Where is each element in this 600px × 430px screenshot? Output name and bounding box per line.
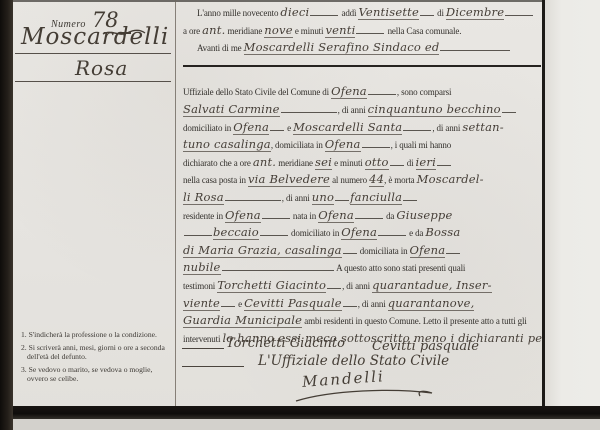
handwritten-entry: dieci — [280, 5, 309, 19]
handwritten-entry: li Rosa — [183, 190, 224, 205]
form-line: viente e Cevitti Pasquale, di anni quara… — [183, 294, 543, 312]
form-line: tuno casalinga, domiciliata in Ofena, i … — [183, 135, 543, 153]
printed-text: e minuti — [332, 158, 365, 168]
handwritten-entry: venti — [325, 23, 355, 38]
blank-rule — [343, 251, 357, 254]
adjacent-page-strip — [545, 0, 600, 407]
printed-text: , di anni — [282, 193, 312, 203]
printed-text: al numero — [330, 175, 369, 185]
printed-text: , di anni — [358, 299, 388, 309]
printed-text: e da — [407, 228, 425, 238]
section-divider — [183, 65, 543, 83]
handwritten-entry: Ofena — [341, 225, 377, 240]
footnote-item: 3. Se vedovo o marito, se vedova o mogli… — [21, 365, 173, 384]
printed-text: da — [384, 211, 396, 221]
handwritten-entry: Ofena — [325, 137, 361, 152]
blank-rule — [356, 31, 384, 34]
blank-rule — [184, 233, 212, 236]
handwritten-entry: beccaio — [213, 225, 259, 240]
page-edge-left — [0, 0, 13, 430]
margin-divider — [175, 0, 176, 406]
handwritten-entry: quarantadue, Inser- — [372, 278, 492, 293]
blank-rule — [327, 286, 341, 289]
handwritten-entry: ant. — [253, 155, 276, 169]
handwritten-entry: Torchetti Giacinto — [217, 278, 326, 293]
handwritten-entry: Bossa — [425, 225, 460, 239]
handwritten-entry: Moscardelli Serafino Sindaco ed — [244, 40, 440, 55]
blank-rule — [310, 13, 338, 16]
printed-text: A questo atto sono stati presenti quali — [335, 263, 466, 273]
printed-text: domiciliato in — [289, 228, 341, 238]
form-line: nubile A questo atto sono stati presenti… — [183, 258, 543, 276]
printed-text: e — [236, 299, 244, 309]
handwritten-entry: otto — [365, 155, 389, 170]
document-scan: Numero78 Moscardelli Rosa 1. S'indicherà… — [0, 0, 600, 430]
printed-text: ambi residenti in questo Comune. Letto i… — [302, 316, 527, 326]
blank-rule — [420, 13, 434, 16]
page-edge-bottom — [13, 406, 600, 419]
handwritten-entry: nubile — [183, 260, 221, 275]
handwritten-entry: quarantanove, — [388, 296, 475, 311]
printed-text: domiciliato in — [183, 123, 233, 133]
form-line: testimoni Torchetti Giacinto, di anni qu… — [183, 276, 543, 294]
printed-text: meridiane — [225, 26, 264, 36]
printed-text: , di anni — [432, 123, 462, 133]
blank-rule — [446, 251, 460, 254]
handwritten-entry: viente — [183, 296, 220, 311]
form-line: nella casa posta in via Belvedere al num… — [183, 170, 543, 188]
blank-rule — [437, 163, 451, 166]
handwritten-entry: tuno casalinga — [183, 137, 271, 152]
form-line: di Maria Grazia, casalinga domiciliata i… — [183, 241, 543, 259]
blank-rule — [505, 13, 533, 16]
blank-rule — [225, 198, 281, 201]
handwritten-entry: via Belvedere — [248, 172, 330, 187]
handwritten-entry: Ofena — [225, 208, 261, 223]
printed-text: , domiciliata in — [271, 140, 325, 150]
handwritten-entry: cinquantuno becchino — [368, 102, 501, 117]
printed-text: nella Casa comunale. — [385, 26, 461, 36]
handwritten-entry: Cevitti Pasquale — [244, 296, 342, 311]
witness-signature-2: Cevitti pasquale — [372, 339, 479, 354]
blank-rule — [260, 233, 288, 236]
handwritten-entry: Guardia Municipale — [183, 313, 302, 328]
signature-rule — [182, 366, 244, 367]
official-title-signature: L'Uffiziale dello Stato Civile — [258, 353, 449, 369]
blank-rule — [390, 163, 404, 166]
printed-text: , di anni — [342, 281, 372, 291]
form-line: dichiarato che a ore ant. meridiane sei … — [183, 153, 543, 171]
act-body: L'anno mille novecento dieci addì Ventis… — [180, 0, 543, 406]
handwritten-entry: ant. — [202, 23, 225, 37]
printed-text: nata in — [291, 211, 318, 221]
handwritten-entry: Ofena — [410, 243, 446, 258]
blank-rule — [262, 216, 290, 219]
deceased-given-name: Rosa — [75, 56, 128, 80]
margin-column: Numero78 Moscardelli Rosa 1. S'indicherà… — [13, 0, 175, 406]
printed-text: addì — [339, 8, 358, 18]
form-line: Salvati Carmine, di anni cinquantuno bec… — [183, 100, 543, 118]
handwritten-entry: Salvati Carmine — [183, 102, 280, 117]
handwritten-entry: Ofena — [318, 208, 354, 223]
blank-rule — [403, 128, 431, 131]
footnote-item: 2. Si scriverà anni, mesi, giorni o ore … — [21, 343, 173, 362]
handwritten-entry: Dicembre — [446, 5, 504, 20]
deceased-surname: Moscardelli — [21, 24, 169, 50]
form-line: L'anno mille novecento dieci addì Ventis… — [183, 3, 543, 21]
printed-text: domiciliata in — [358, 246, 410, 256]
margin-rule — [15, 81, 171, 82]
printed-text: nella casa posta in — [183, 175, 248, 185]
footnote-item: 1. S'indicherà la professione o la condi… — [21, 330, 173, 340]
blank-rule — [502, 110, 516, 113]
handwritten-entry: Ofena — [233, 120, 269, 135]
printed-text: residente in — [183, 211, 225, 221]
handwritten-entry: uno — [312, 190, 334, 205]
printed-text: di — [405, 158, 416, 168]
blank-rule — [440, 48, 510, 51]
footnotes: 1. S'indicherà la professione o la condi… — [21, 330, 173, 387]
printed-text: , di anni — [338, 105, 368, 115]
form-line: Guardia Municipale ambi residenti in que… — [183, 311, 543, 329]
scanner-strip — [13, 419, 600, 430]
handwritten-entry: Moscardel- — [417, 172, 484, 186]
blank-rule — [343, 304, 357, 307]
printed-text: Uffiziale dello Stato Civile del Comune … — [183, 87, 331, 97]
printed-text: , è morta — [384, 175, 417, 185]
printed-text: , sono comparsi — [397, 87, 452, 97]
witness-signature-1: Torchetti Giacinto — [226, 336, 345, 351]
handwritten-entry: fanciulla — [350, 190, 402, 205]
printed-text: meridiane — [276, 158, 315, 168]
blank-rule — [355, 216, 383, 219]
printed-text: L'anno mille novecento — [197, 8, 280, 18]
printed-text: di — [435, 8, 446, 18]
handwritten-entry: sei — [315, 155, 332, 170]
blank-rule — [335, 198, 349, 201]
printed-text: e — [285, 123, 293, 133]
handwritten-entry: settan- — [462, 120, 504, 134]
form-line: li Rosa, di anni unofanciulla — [183, 188, 543, 206]
form-line: domiciliato in Ofena e Moscardelli Santa… — [183, 118, 543, 136]
form-line: residente in Ofena nata in Ofena da Gius… — [183, 206, 543, 224]
blank-rule — [270, 128, 284, 131]
blank-rule — [362, 145, 390, 148]
form-line: beccaio domiciliato in Ofena e da Bossa — [183, 223, 543, 241]
signature-flourish-icon — [292, 388, 452, 404]
form-line: Uffiziale dello Stato Civile del Comune … — [183, 82, 543, 100]
margin-rule — [15, 53, 171, 54]
handwritten-entry: di Maria Grazia, casalinga — [183, 243, 342, 258]
handwritten-entry: Moscardelli Santa — [293, 120, 402, 135]
form-line: a ore ant. meridiane nove e minuti venti… — [183, 21, 543, 39]
printed-text: Avanti di me — [197, 43, 244, 53]
blank-rule — [378, 233, 406, 236]
blank-rule — [221, 304, 235, 307]
handwritten-entry: Ofena — [331, 84, 367, 99]
handwritten-entry: Giuseppe — [396, 208, 452, 222]
printed-text: intervenuti — [183, 334, 222, 344]
blank-rule — [403, 198, 417, 201]
handwritten-entry: nove — [264, 23, 292, 38]
form-line: Avanti di me Moscardelli Serafino Sindac… — [183, 38, 543, 56]
printed-text: a ore — [183, 26, 202, 36]
form-lines: L'anno mille novecento dieci addì Ventis… — [183, 3, 543, 346]
blank-rule — [368, 92, 396, 95]
blank-rule — [222, 268, 334, 271]
printed-text: , i quali mi hanno — [391, 140, 452, 150]
signature-rule — [182, 348, 224, 349]
blank-rule — [281, 110, 337, 113]
handwritten-entry: 44 — [369, 172, 384, 187]
printed-text: dichiarato che a ore — [183, 158, 253, 168]
printed-text: e minuti — [293, 26, 326, 36]
handwritten-entry: Ventisette — [358, 5, 419, 20]
handwritten-entry: ieri — [416, 155, 436, 170]
printed-text: testimoni — [183, 281, 217, 291]
